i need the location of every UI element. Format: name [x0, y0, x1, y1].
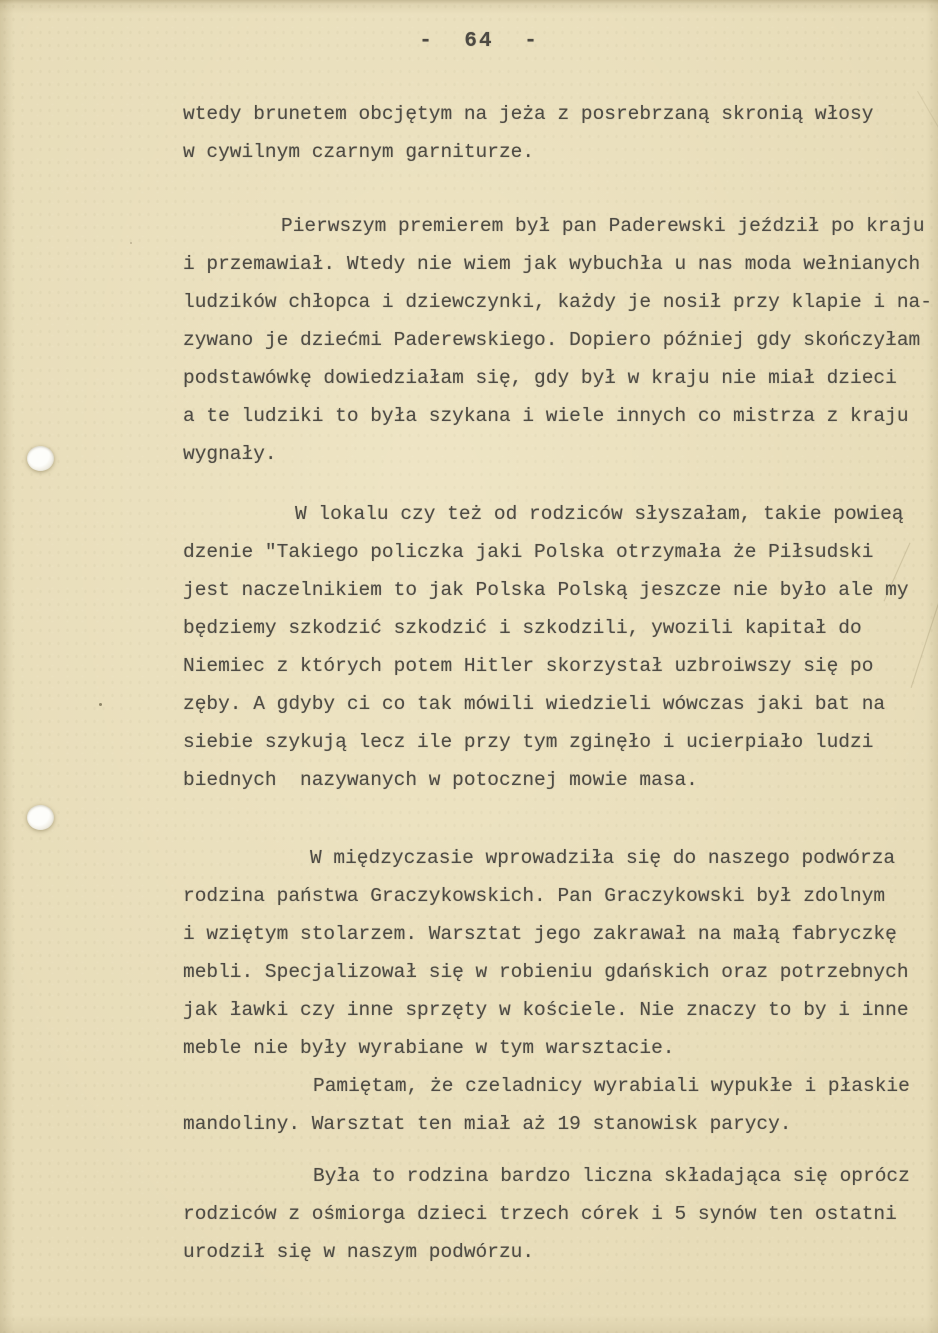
paragraph-mandoliny: Pamiętam, że czeladnicy wyrabiali wypukł… [183, 1067, 938, 1143]
punch-hole-top [27, 446, 54, 471]
scanned-paper-sheet: - 64 - wtedy brunetem obcjętym na jeża z… [0, 0, 938, 1333]
typewritten-text-block: wtedy brunetem obcjętym na jeża z posreb… [183, 95, 938, 1271]
paragraph-graczykowski: W międzyczasie wprowadziła się do naszeg… [183, 839, 938, 1067]
paper-speck [99, 703, 102, 706]
page-number: - 64 - [0, 30, 938, 53]
punch-hole-bottom [27, 805, 54, 830]
paragraph-continuation: wtedy brunetem obcjętym na jeża z posreb… [183, 95, 938, 171]
paragraph-pilsudski: W lokalu czy też od rodziców słyszałam, … [183, 495, 938, 799]
paragraph-rodzina: Była to rodzina bardzo liczna składająca… [183, 1157, 938, 1271]
paragraph-paderewski: Pierwszym premierem był pan Paderewski j… [183, 207, 938, 473]
paper-speck [130, 242, 132, 244]
